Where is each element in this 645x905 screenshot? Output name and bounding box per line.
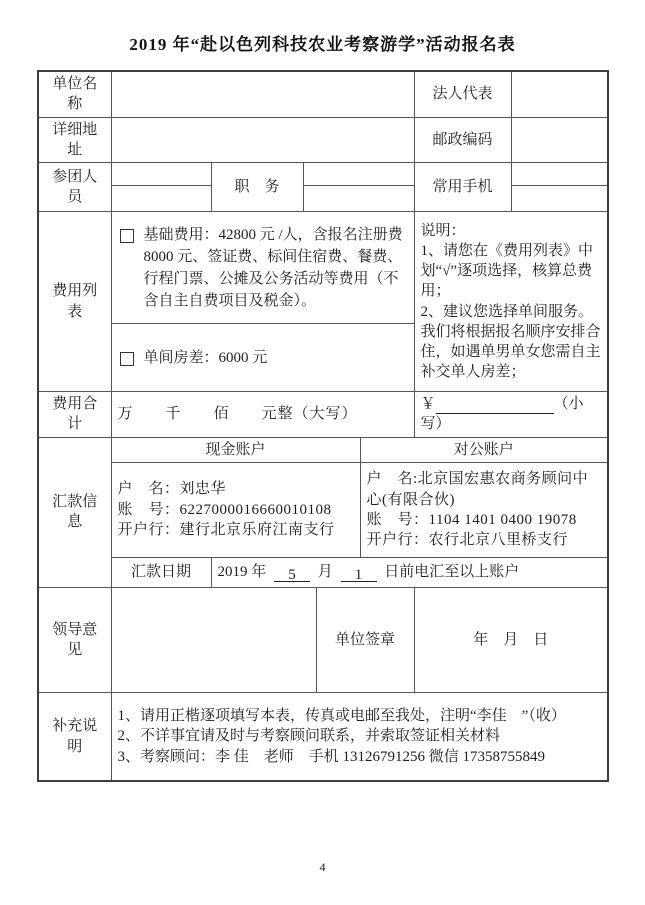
seal-date-text: 年 月 日 <box>414 587 608 692</box>
amount-blank-line[interactable] <box>436 397 554 414</box>
month-unit: 月 <box>318 564 333 580</box>
fee-list-label: 费用列表 <box>38 212 111 392</box>
fee-notes-heading: 说明： <box>421 221 602 241</box>
registration-form-table: 单位名称 法人代表 详细地址 邮政编码 参团人员 职 务 常用手机 费用列表 <box>37 70 609 782</box>
postal-code-label: 邮政编码 <box>414 117 511 163</box>
fee-total-numeric-cell: ￥（小写） <box>414 392 608 438</box>
member-2-name-field[interactable] <box>111 186 211 212</box>
month-blank[interactable]: 5 <box>274 565 310 582</box>
date-prefix: 2019 年 <box>218 564 267 580</box>
member-1-mobile-field[interactable] <box>511 163 608 186</box>
corporate-account-number: 账 号：1104 1401 0400 19078 <box>367 510 602 530</box>
cash-account-details: 户 名：刘忠华 账 号：6227000016660010108 开户行：建行北京… <box>111 462 360 557</box>
base-fee-option: 基础费用：42800 元 /人，含报名注册费 8000 元、签证费、标间住宿费、… <box>111 212 414 324</box>
unit-name-field[interactable] <box>111 71 414 117</box>
form-page: 2019 年“赴以色列科技农业考察游学”活动报名表 单位名称 法人代表 详细地址… <box>0 0 645 905</box>
member-1-position-field[interactable] <box>303 163 414 186</box>
fee-total-label: 费用合计 <box>38 392 111 438</box>
member-2-mobile-field[interactable] <box>511 186 608 212</box>
unit-name-label: 单位名称 <box>38 71 111 117</box>
member-1-name-field[interactable] <box>111 163 211 186</box>
corporate-account-details: 户 名:北京国宏惠农商务顾问中心(有限合伙) 账 号：1104 1401 040… <box>360 462 608 557</box>
legal-rep-label: 法人代表 <box>414 71 511 117</box>
remittance-date-label: 汇款日期 <box>111 557 211 587</box>
legal-rep-field[interactable] <box>511 71 608 117</box>
month-value: 5 <box>288 567 296 583</box>
base-fee-checkbox[interactable] <box>120 229 134 243</box>
unit-seal-label: 单位签章 <box>316 587 414 692</box>
leader-opinion-field[interactable] <box>111 587 316 692</box>
note-line-3: 3、考察顾问：李 佳 老师 手机 13126791256 微信 17358755… <box>118 747 602 767</box>
cash-account-name: 户 名：刘忠华 <box>118 479 354 499</box>
leader-opinion-label: 领导意见 <box>38 587 111 692</box>
supplementary-notes-label: 补充说明 <box>38 692 111 781</box>
address-label: 详细地址 <box>38 117 111 163</box>
member-2-position-field[interactable] <box>303 186 414 212</box>
yen-symbol: ￥ <box>421 396 436 412</box>
fee-notes-cell: 说明： 1、请您在《费用列表》中划“√”逐项选择，核算总费用； 2、建议您选择单… <box>414 212 608 392</box>
position-label: 职 务 <box>211 163 303 212</box>
single-room-text: 单间房差：6000 元 <box>144 347 268 369</box>
single-room-option: 单间房差：6000 元 <box>111 324 414 392</box>
supplementary-notes-cell: 1、请用正楷逐项填写本表，传真或电邮至我处，注明“李佳 ”（收） 2、不详事宜请… <box>111 692 608 781</box>
corporate-account-name: 户 名:北京国宏惠农商务顾问中心(有限合伙) <box>367 469 602 510</box>
note-line-2: 2、不详事宜请及时与考察顾问联系，并索取签证相关材料 <box>118 726 602 746</box>
single-room-checkbox[interactable] <box>120 352 134 366</box>
fee-total-capitals: 万 千 佰 元整（大写） <box>111 392 414 438</box>
postal-code-field[interactable] <box>511 117 608 163</box>
corporate-account-bank: 开户行：农行北京八里桥支行 <box>367 530 602 550</box>
cash-account-bank: 开户行：建行北京乐府江南支行 <box>118 520 354 540</box>
note-line-1: 1、请用正楷逐项填写本表，传真或电邮至我处，注明“李佳 ”（收） <box>118 706 602 726</box>
remittance-date-cell: 2019 年 5 月 1 日前电汇至以上账户 <box>211 557 608 587</box>
page-number: 4 <box>0 860 645 875</box>
remittance-label: 汇款信息 <box>38 437 111 587</box>
members-label: 参团人员 <box>38 163 111 212</box>
mobile-label: 常用手机 <box>414 163 511 212</box>
cash-account-header: 现金账户 <box>111 437 360 462</box>
base-fee-text: 基础费用：42800 元 /人，含报名注册费 8000 元、签证费、标间住宿费、… <box>144 224 408 312</box>
fee-note-1: 1、请您在《费用列表》中划“√”逐项选择，核算总费用； <box>421 241 602 302</box>
day-blank[interactable]: 1 <box>341 565 377 582</box>
date-suffix: 日前电汇至以上账户 <box>384 564 519 580</box>
page-title: 2019 年“赴以色列科技农业考察游学”活动报名表 <box>0 30 645 55</box>
fee-note-2: 2、建议您选择单间服务。我们将根据报名顺序安排合住，如遇单男单女您需自主补交单人… <box>421 302 602 383</box>
corporate-account-header: 对公账户 <box>360 437 608 462</box>
address-field[interactable] <box>111 117 414 163</box>
day-value: 1 <box>355 567 363 583</box>
cash-account-number: 账 号：6227000016660010108 <box>118 500 354 520</box>
